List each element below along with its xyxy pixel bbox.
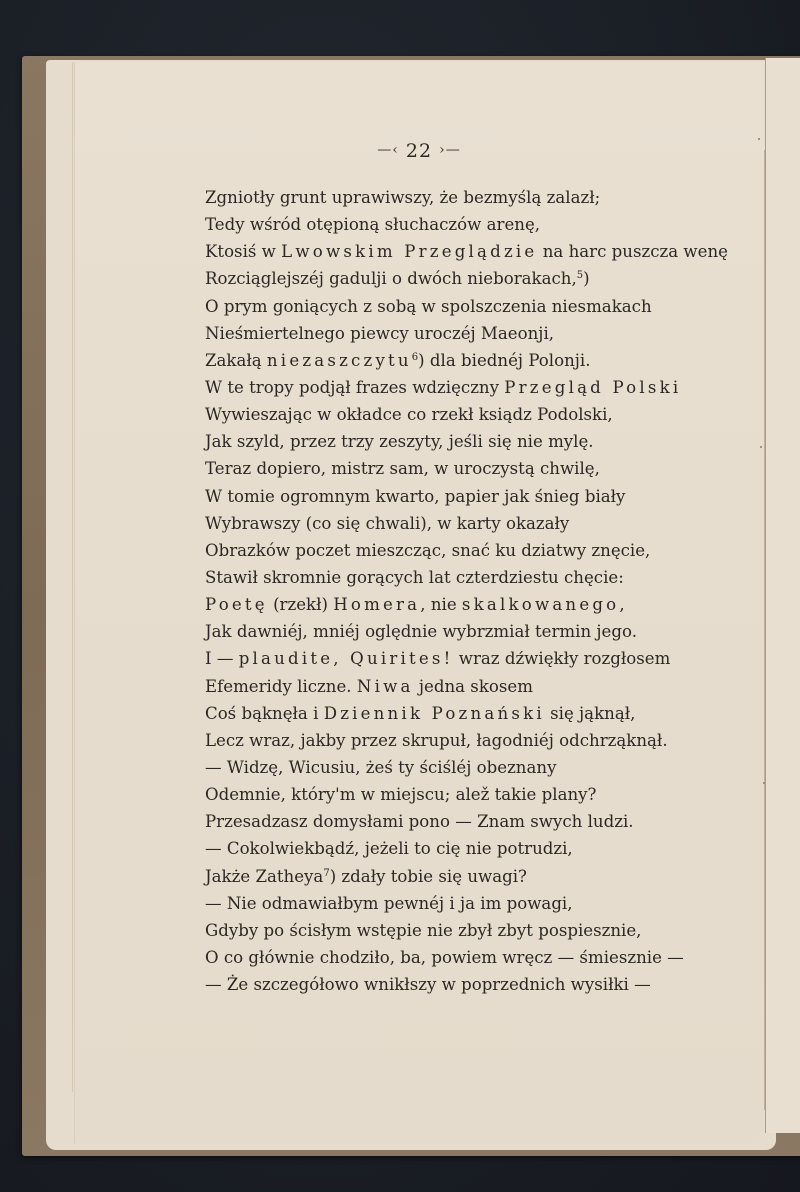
line-text: O co głównie chodziło, ba, powiem wręcz … [205, 948, 684, 967]
line-text: Obrazków poczet mieszcząc, snać ku dziat… [205, 541, 650, 560]
line-text: — Nie odmawiałbym pewnéj i ja im powagi, [205, 894, 573, 913]
line-text: Stawił skromnie gorących lat czterdziest… [205, 568, 624, 587]
line-text: Wybrawszy (co się chwali), w karty okaza… [205, 514, 569, 533]
line-text: — Widzę, Wicusiu, żeś ty ściśléj obeznan… [205, 758, 556, 777]
line-text: się jąknął, [545, 704, 636, 723]
poem-line: Gdyby po ścisłym wstępie nie zbył zbyt p… [205, 917, 745, 944]
line-text: Ktosiś w [205, 242, 281, 261]
line-text: Jakże Zatheya [205, 867, 323, 886]
poem-line: Rozciąglejszéj gadulji o dwóch nieboraka… [205, 265, 745, 292]
poem-line: Poetę (rzekł) Homera, nie skalkowanego, [205, 591, 745, 618]
line-text: Teraz dopiero, mistrz sam, w uroczystą c… [205, 459, 600, 478]
page-fold-line [72, 62, 73, 1092]
line-text: ) zdały tobie się uwagi? [330, 867, 527, 886]
poem-line: Teraz dopiero, mistrz sam, w uroczystą c… [205, 455, 745, 482]
poem-line: Ktosiś w Lwowskim Przeglądzie na harc pu… [205, 238, 745, 265]
poem-line: Jakże Zatheya7) zdały tobie się uwagi? [205, 863, 745, 890]
paper-speck [760, 446, 762, 448]
line-text: Tedy wśród otępioną słuchaczów arenę, [205, 215, 540, 234]
line-text: — Że szczegółowo wnikłszy w poprzednich … [205, 975, 651, 994]
page-number: 22 [406, 140, 432, 162]
poem-line: Stawił skromnie gorących lat czterdziest… [205, 564, 745, 591]
line-text: wraz dźwiękły rozgłosem [454, 649, 671, 668]
poem-line: Odemnie, który'm w miejscu; alež takie p… [205, 781, 745, 808]
spaced-emphasis: skalkowanego [462, 595, 619, 614]
line-text: I — [205, 649, 239, 668]
poem-line: Jak szyld, przez trzy zeszyty, jeśli się… [205, 428, 745, 455]
poem-line: — Że szczegółowo wnikłszy w poprzednich … [205, 971, 745, 998]
line-text: Wywieszając w okładce co rzekł ksiądz Po… [205, 405, 613, 424]
poem-line: Efemeridy liczne. Niwa jedna skosem [205, 673, 745, 700]
line-text: , [619, 595, 624, 614]
poem-line: Zgniotły grunt uprawiwszy, że bezmyślą z… [205, 184, 745, 211]
poem-line: W tomie ogromnym kwarto, papier jak śnie… [205, 483, 745, 510]
line-text: Coś bąknęła i [205, 704, 324, 723]
line-text: Zakałą [205, 351, 267, 370]
line-text: , nie [420, 595, 462, 614]
poem-line: O prym goniących z sobą w spolszczenia n… [205, 293, 745, 320]
line-text: jedna skosem [414, 677, 533, 696]
line-text: ) [583, 269, 589, 288]
line-text: Jak dawniéj, mniéj oględnie wybrzmiał te… [205, 622, 637, 641]
poem-line: Wybrawszy (co się chwali), w karty okaza… [205, 510, 745, 537]
line-text: W tomie ogromnym kwarto, papier jak śnie… [205, 487, 625, 506]
poem-line: Zakałą niezaszczytu6) dla biednéj Polonj… [205, 347, 745, 374]
spaced-emphasis: Poetę [205, 595, 268, 614]
line-text: W te tropy podjął frazes wdzięczny [205, 378, 504, 397]
spaced-emphasis: Przegląd Polski [504, 378, 681, 397]
line-text: O prym goniących z sobą w spolszczenia n… [205, 297, 652, 316]
poem-line: Tedy wśród otępioną słuchaczów arenę, [205, 211, 745, 238]
poem-line: I — plaudite, Quirites! wraz dźwiękły ro… [205, 645, 745, 672]
ornament-left-icon: —‹ [377, 142, 399, 158]
line-text: ) dla biednéj Polonji. [418, 351, 590, 370]
adjacent-page-edge [765, 58, 800, 1133]
spaced-emphasis: Homera [333, 595, 420, 614]
line-text: (rzekł) [268, 595, 333, 614]
line-text: Zgniotły grunt uprawiwszy, że bezmyślą z… [205, 188, 600, 207]
line-text: na harc puszcza wenę [537, 242, 728, 261]
line-text: Efemeridy liczne. [205, 677, 357, 696]
spaced-emphasis: Lwowskim Przeglądzie [281, 242, 537, 261]
poem-line: Nieśmiertelnego piewcy uroczéj Maeonji, [205, 320, 745, 347]
line-text: Gdyby po ścisłym wstępie nie zbył zbyt p… [205, 921, 641, 940]
spaced-emphasis: Dziennik Poznański [324, 704, 545, 723]
line-text: Odemnie, który'm w miejscu; alež takie p… [205, 785, 596, 804]
line-text: Przesadzasz domysłami pono — Znam swych … [205, 812, 634, 831]
poem-text: Zgniotły grunt uprawiwszy, że bezmyślą z… [205, 184, 745, 998]
poem-line: O co głównie chodziło, ba, powiem wręcz … [205, 944, 745, 971]
poem-line: Wywieszając w okładce co rzekł ksiądz Po… [205, 401, 745, 428]
line-text: Lecz wraz, jakby przez skrupuł, łagodnié… [205, 731, 668, 750]
spaced-emphasis: niezaszczytu [267, 351, 412, 370]
line-text: Jak szyld, przez trzy zeszyty, jeśli się… [205, 432, 594, 451]
page-number-header: —‹ 22 ›— [74, 140, 764, 162]
poem-line: — Nie odmawiałbym pewnéj i ja im powagi, [205, 890, 745, 917]
poem-line: Przesadzasz domysłami pono — Znam swych … [205, 808, 745, 835]
poem-line: Obrazków poczet mieszcząc, snać ku dziat… [205, 537, 745, 564]
poem-line: — Cokolwiekbądź, jeżeli to cię nie potru… [205, 835, 745, 862]
spaced-emphasis: Niwa [357, 677, 414, 696]
ornament-right-icon: ›— [439, 142, 461, 158]
spaced-emphasis: plaudite, Quirites! [239, 649, 454, 668]
line-text: Rozciąglejszéj gadulji o dwóch nieboraka… [205, 269, 577, 288]
poem-line: W te tropy podjął frazes wdzięczny Przeg… [205, 374, 745, 401]
poem-line: Coś bąknęła i Dziennik Poznański się jąk… [205, 700, 745, 727]
poem-line: Lecz wraz, jakby przez skrupuł, łagodnié… [205, 727, 745, 754]
poem-line: Jak dawniéj, mniéj oględnie wybrzmiał te… [205, 618, 745, 645]
line-text: — Cokolwiekbądź, jeżeli to cię nie potru… [205, 839, 573, 858]
paper-speck [763, 782, 765, 784]
line-text: Nieśmiertelnego piewcy uroczéj Maeonji, [205, 324, 554, 343]
poem-line: — Widzę, Wicusiu, żeś ty ściśléj obeznan… [205, 754, 745, 781]
